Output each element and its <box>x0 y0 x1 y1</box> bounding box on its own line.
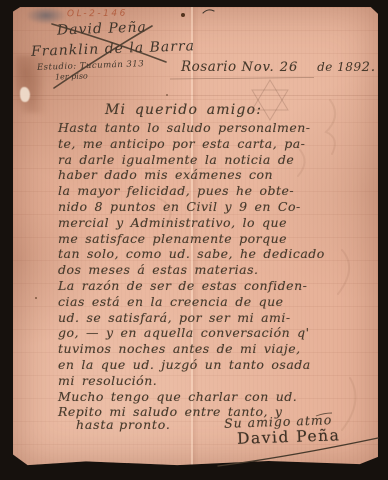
dateline-year-printed: de 189 <box>317 60 362 74</box>
dateline-day: Nov. 26 <box>241 60 298 75</box>
body-line: haber dado mis exámenes con <box>58 167 360 183</box>
signature: David Peña <box>237 426 341 448</box>
horizontal-fold-crease <box>13 95 378 96</box>
greeting: Mi querido amigo: <box>105 102 262 118</box>
dateline-city: Rosario <box>181 59 237 75</box>
body-line: ra darle igualmente la noticia de <box>58 152 360 168</box>
body-line: me satisface plenamente porque <box>58 231 360 247</box>
letter-paper: OL-2-146 David Peña Franklin de la Barra… <box>13 7 378 466</box>
body-line: en la que ud. juzgó un tanto osada <box>58 357 360 373</box>
letterhead-name-1: David Peña <box>57 19 147 38</box>
letterhead-name-2: Franklin de la Barra <box>31 38 195 60</box>
letterhead-address: Estudio: Tucumán 313 <box>37 59 145 73</box>
body-line: mercial y Administrativo, lo que <box>58 215 360 231</box>
closing-line: hasta pronto. <box>76 417 171 432</box>
body-line: la mayor felicidad, pues he obte- <box>58 183 360 199</box>
scan-background: OL-2-146 David Peña Franklin de la Barra… <box>0 0 388 480</box>
ink-speck <box>35 297 37 299</box>
letter-body: Hasta tanto lo saludo personalmen- te, m… <box>58 120 360 420</box>
dateline: Rosario Nov. 26 de 1892. <box>181 59 376 75</box>
body-line: nido 8 puntos en Civil y 9 en Co- <box>58 199 360 215</box>
body-line: ud. se satisfará, por ser mi ami- <box>58 310 360 326</box>
body-line: tan solo, como ud. sabe, he dedicado <box>58 246 360 262</box>
ink-speck <box>166 94 168 96</box>
body-line: Mucho tengo que charlar con ud. <box>58 389 360 405</box>
body-line: te, me anticipo por esta carta, pa- <box>58 136 360 152</box>
paper-chip <box>20 87 30 102</box>
body-line: mi resolución. <box>58 373 360 389</box>
body-line: Hasta tanto lo saludo personalmen- <box>58 120 360 136</box>
corner-smudge <box>27 7 65 24</box>
archive-code: OL-2-146 <box>67 9 128 20</box>
body-line: cias está en la creencia de que <box>58 294 360 310</box>
ink-speck <box>181 13 185 17</box>
body-line: dos meses á estas materias. <box>58 262 360 278</box>
body-line: tuvimos noches antes de mi viaje, <box>58 341 360 357</box>
dateline-year-hand: 2. <box>362 60 376 75</box>
body-line: La razón de ser de estas confiden- <box>58 278 360 294</box>
body-line: go, — y en aquella conversación q' <box>58 325 360 341</box>
letterhead-floor: 1er piso <box>55 71 88 81</box>
